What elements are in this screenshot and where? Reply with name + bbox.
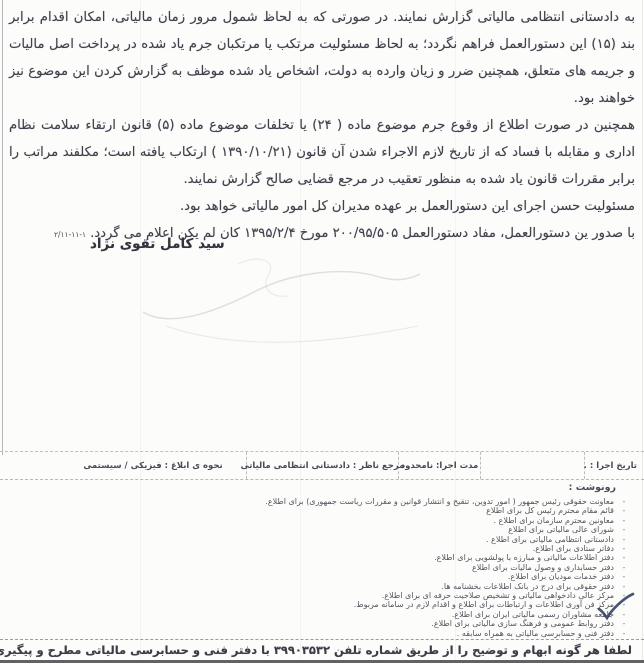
dash-marker: - (620, 516, 628, 525)
cc-list-item: -دادستانی انتظامی مالیاتی برای اطلاع . (20, 535, 628, 544)
cc-list-item-checked: -جامعه مشاوران رسمی مالیاتی ایران برای ا… (20, 610, 628, 619)
notification-method-cell: نحوه ی ابلاغ : فیزیکی / سیستمی (0, 452, 246, 479)
signatory-name: سید کامل تقوی نژاد (90, 236, 225, 252)
meta-table: تاریخ اجرا : . مدت اجرا: نامحدود مرجع نا… (0, 451, 644, 480)
dash-marker: - (620, 582, 628, 591)
cc-list-item: -دفتر روابط عمومی و فرهنگ سازی مالیاتی ب… (20, 619, 628, 628)
dash-marker: - (620, 544, 628, 553)
handwritten-check-icon (596, 592, 636, 622)
dash-marker: - (620, 535, 628, 544)
cc-list-item: -دفتر خدمات مودیان برای اطلاع. (20, 572, 628, 581)
dash-marker: - (620, 629, 628, 638)
cc-list-item: -دفتر حقوقی برای درج در بانک اطلاعات بخش… (20, 582, 628, 591)
body-paragraph: همچنین در صورت اطلاع از وقوع جرم موضوع م… (9, 112, 635, 193)
dash-marker: - (620, 572, 628, 581)
cc-list-item: -معاونت حقوقی رئیس جمهور ( امور تدوین، ت… (20, 497, 628, 506)
document-ref-code: ۲/۱۱-۱۱-۱ (54, 230, 86, 239)
cc-list-item: -قائم مقام محترم رئیس کل برای اطلاع (20, 506, 628, 515)
document-body-text: به دادستانی انتظامی مالیاتی گزارش نمایند… (9, 4, 635, 248)
cc-list-item: -شورای عالی مالیاتی برای اطلاع (20, 525, 628, 534)
cc-list-item: -دفاتر ستادی برای اطلاع. (20, 544, 628, 553)
scan-edge-line (2, 0, 3, 455)
exec-date-label: تاریخ اجرا : . (584, 452, 644, 479)
body-paragraph: مسئولیت حسن اجرای این دستورالعمل بر عهده… (9, 193, 635, 220)
cc-list: -معاونت حقوقی رئیس جمهور ( امور تدوین، ت… (20, 497, 628, 638)
footer-contact-note: لطفا هر گونه ابهام و توضیح را از طریق شم… (0, 639, 644, 663)
cc-section-label: رونوشت : (569, 482, 616, 493)
supervisor-cell: مرجع ناظر : دادستانی انتظامی مالیاتی (246, 452, 398, 479)
dash-marker: - (620, 525, 628, 534)
cc-list-item: -دفتر اطلاعات مالیاتی و مبارزه با پولشوی… (20, 553, 628, 562)
dash-marker: - (620, 497, 628, 506)
duration-cell: مدت اجرا: نامحدود (398, 452, 480, 479)
scanned-document-page: به دادستانی انتظامی مالیاتی گزارش نمایند… (0, 0, 644, 663)
dash-marker: - (620, 506, 628, 515)
cc-list-item: -دفتر فنی و حسابرسی مالیاتی به همراه ساب… (20, 629, 628, 638)
cc-list-item: -دفتر حسابداری و وصول مالیات برای اطلاع (20, 563, 628, 572)
handwritten-signature-icon (118, 246, 448, 361)
scan-edge-line (642, 0, 643, 663)
cc-list-item: -معاونین محترم سازمان برای اطلاع . (20, 516, 628, 525)
cc-list-item: -مرکز فن آوری اطلاعات و ارتباطات برای اط… (20, 600, 628, 609)
dash-marker: - (620, 563, 628, 572)
exec-date-value (480, 452, 584, 479)
body-paragraph: به دادستانی انتظامی مالیاتی گزارش نمایند… (9, 4, 635, 112)
dash-marker: - (620, 553, 628, 562)
